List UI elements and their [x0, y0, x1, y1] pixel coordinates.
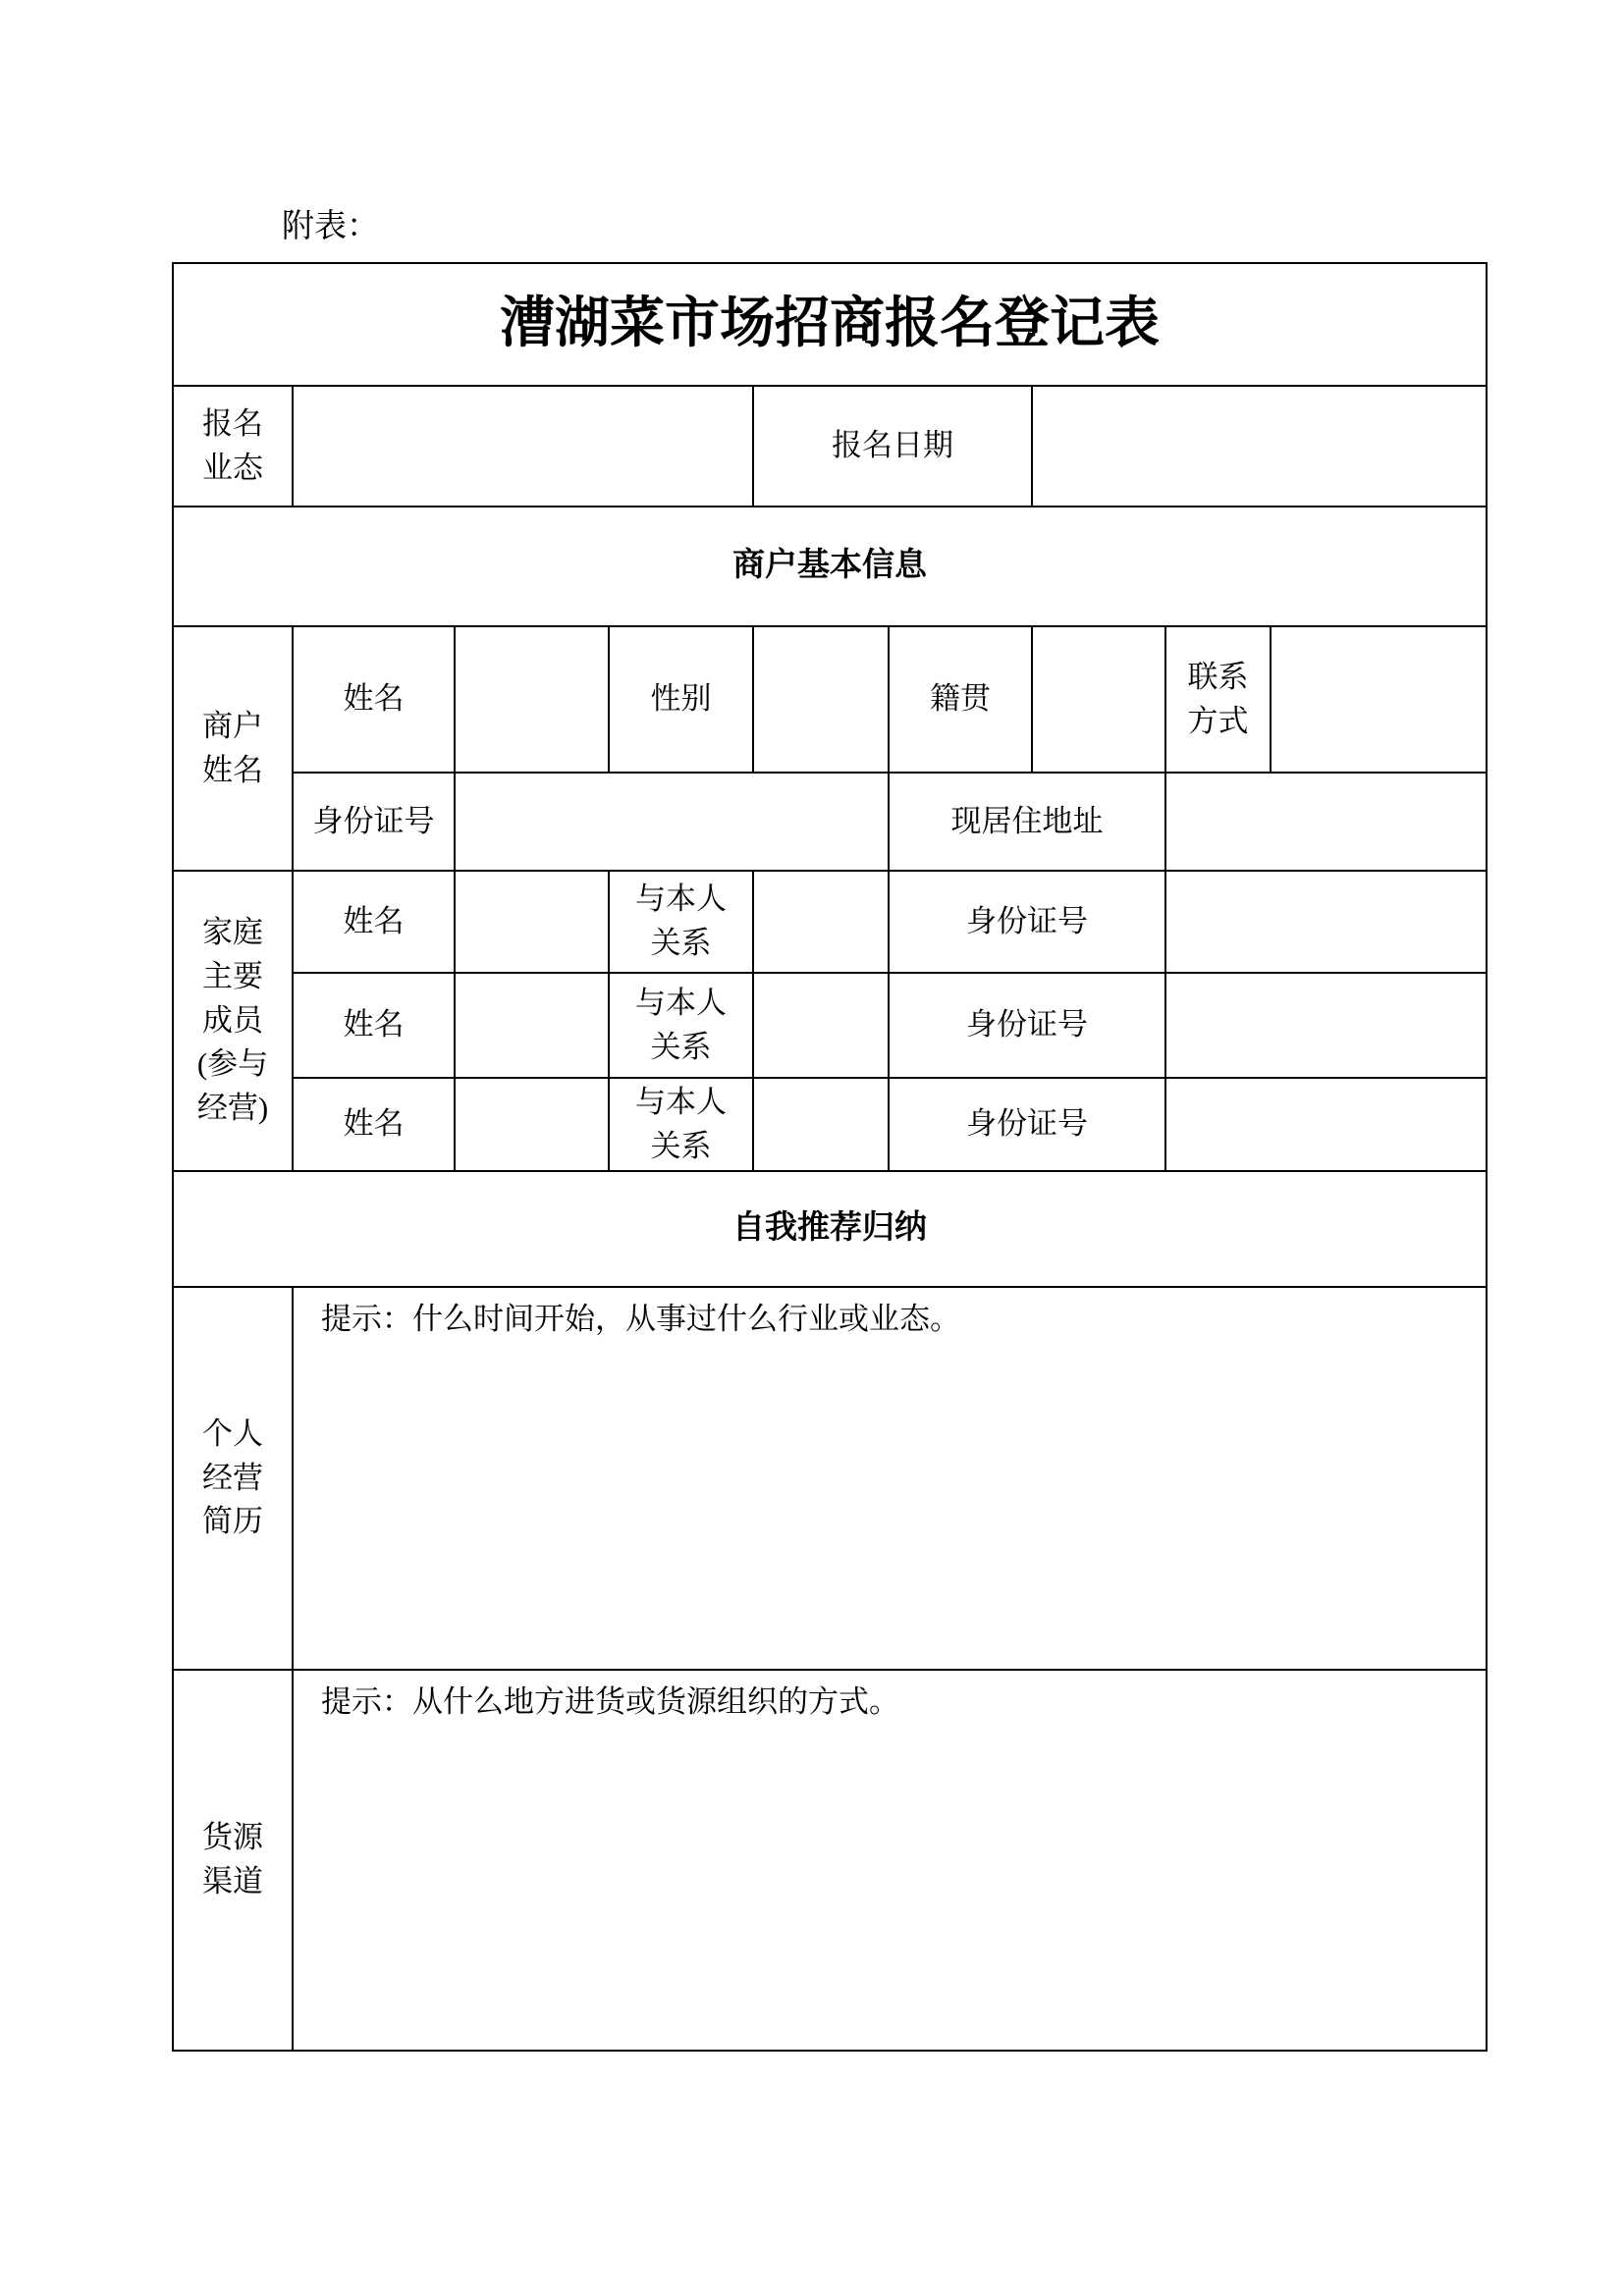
- category-label: 报名 业态: [174, 387, 294, 507]
- id-number-input-cell[interactable]: [456, 774, 890, 872]
- form-title: 漕湖菜市场招商报名登记表: [174, 264, 1486, 387]
- family-name-label: 姓名: [294, 1079, 456, 1172]
- family-id-label: 身份证号: [890, 1079, 1166, 1172]
- family-relation-label: 与本人 关系: [610, 872, 754, 974]
- merchant-name-group-label: 商户 姓名: [174, 627, 294, 872]
- family-id-input-cell[interactable]: [1166, 872, 1486, 974]
- address-input-cell[interactable]: [1166, 774, 1486, 872]
- family-id-input-cell[interactable]: [1166, 1079, 1486, 1172]
- supply-hint-text: 提示：从什么地方进货或货源组织的方式。: [321, 1681, 899, 1725]
- address-label: 现居住地址: [890, 774, 1166, 872]
- experience-input-area[interactable]: 提示：什么时间开始，从事过什么行业或业态。: [294, 1288, 1486, 1671]
- self-recommendation-header: 自我推荐归纳: [174, 1172, 1486, 1288]
- supply-group-label: 货源 渠道: [174, 1671, 294, 2050]
- family-name-input-cell[interactable]: [456, 872, 610, 974]
- family-name-input-cell[interactable]: [456, 974, 610, 1079]
- contact-input-cell[interactable]: [1272, 627, 1486, 774]
- family-name-input-cell[interactable]: [456, 1079, 610, 1172]
- supply-input-area[interactable]: 提示：从什么地方进货或货源组织的方式。: [294, 1671, 1486, 2050]
- family-relation-input-cell[interactable]: [754, 1079, 890, 1172]
- family-name-label: 姓名: [294, 872, 456, 974]
- date-input-cell[interactable]: [1033, 387, 1486, 507]
- family-id-label: 身份证号: [890, 872, 1166, 974]
- family-id-label: 身份证号: [890, 974, 1166, 1079]
- family-relation-input-cell[interactable]: [754, 872, 890, 974]
- id-number-label: 身份证号: [294, 774, 456, 872]
- origin-input-cell[interactable]: [1033, 627, 1166, 774]
- family-name-label: 姓名: [294, 974, 456, 1079]
- experience-hint-text: 提示：什么时间开始，从事过什么行业或业态。: [321, 1298, 960, 1342]
- document-page: 附表： 漕湖菜市场招商报名登记表 报名 业态 报名日期 商户基本信息 商户 姓名…: [0, 0, 1624, 2296]
- family-group-label: 家庭 主要 成员 (参与 经营): [174, 872, 294, 1172]
- gender-input-cell[interactable]: [754, 627, 890, 774]
- family-id-input-cell[interactable]: [1166, 974, 1486, 1079]
- merchant-info-header: 商户基本信息: [174, 507, 1486, 627]
- family-relation-label: 与本人 关系: [610, 1079, 754, 1172]
- origin-label: 籍贯: [890, 627, 1033, 774]
- category-input-cell[interactable]: [294, 387, 754, 507]
- contact-label: 联系 方式: [1166, 627, 1272, 774]
- name-input-cell[interactable]: [456, 627, 610, 774]
- registration-form-table: 漕湖菜市场招商报名登记表 报名 业态 报名日期 商户基本信息 商户 姓名 姓名 …: [172, 262, 1488, 2052]
- family-relation-input-cell[interactable]: [754, 974, 890, 1079]
- experience-group-label: 个人 经营 简历: [174, 1288, 294, 1671]
- name-label: 姓名: [294, 627, 456, 774]
- date-label: 报名日期: [754, 387, 1033, 507]
- gender-label: 性别: [610, 627, 754, 774]
- family-relation-label: 与本人 关系: [610, 974, 754, 1079]
- attachment-annotation: 附表：: [282, 208, 379, 247]
